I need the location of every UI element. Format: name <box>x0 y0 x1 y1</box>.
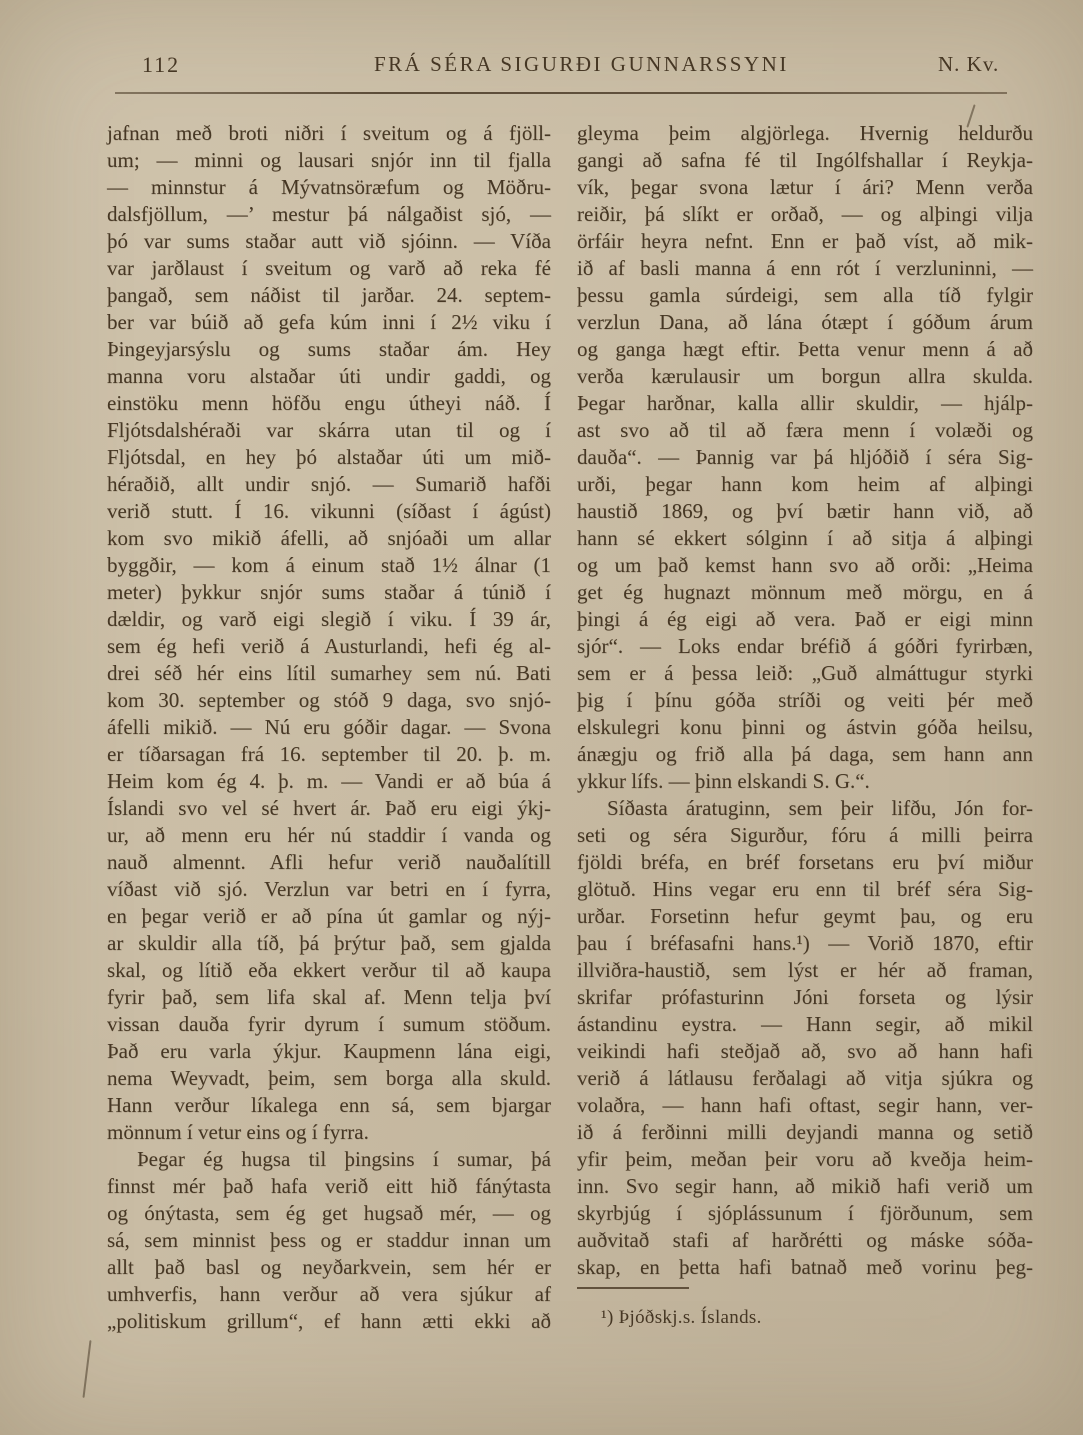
text-line: fyrir það, sem lifa skal af. Menn telja … <box>107 984 551 1011</box>
header-annotation: N. Kv. <box>938 52 999 77</box>
text-line: reiðir, þá slíkt er orðað, — og alþingi … <box>577 201 1033 228</box>
right-text-column: gleyma þeim algjörlega. Hvernig heldurðu… <box>577 120 1033 1281</box>
text-line: Fljótsdalshéraði var skárra utan til og … <box>107 417 551 444</box>
text-line: Þegar harðnar, kalla allir skuldir, — hj… <box>577 390 1033 417</box>
text-line: Síðasta áratuginn, sem þeir lifðu, Jón f… <box>577 795 1033 822</box>
text-line: ykkur lífs. — þinn elskandi S. G.“. <box>577 768 1033 795</box>
text-line: ið á ferðinni milli deyjandi manna og se… <box>577 1119 1033 1146</box>
text-line: kom svo mikið áfelli, að snjóaði um alla… <box>107 525 551 552</box>
text-line: sem ég hefi verið á Austurlandi, hefi ég… <box>107 633 551 660</box>
text-line: veikindi hafi steðjað að, svo að hann ha… <box>577 1038 1033 1065</box>
header-rule <box>115 92 1007 94</box>
text-line: skyrbjúg í sjóplássunum í fjörðunum, sem <box>577 1200 1033 1227</box>
footnote-rule <box>577 1287 689 1289</box>
footnote-text: ¹) Þjóðskj.s. Íslands. <box>577 1307 1033 1329</box>
text-line: einstöku menn höfðu engu útheyi náð. Í <box>107 390 551 417</box>
text-line: Hann verður líkalega enn sá, sem bjargar <box>107 1092 551 1119</box>
text-line: vissan dauða fyrir dyrum í sumum stöðum. <box>107 1011 551 1038</box>
text-line: ar skuldir alla tíð, þá þrýtur það, sem … <box>107 930 551 957</box>
text-line: skrifar prófasturinn Jóni forseta og lýs… <box>577 984 1033 1011</box>
text-line: gleyma þeim algjörlega. Hvernig heldurðu <box>577 120 1033 147</box>
text-line: skap, en þetta hafi batnað með vorinu þe… <box>577 1254 1033 1281</box>
text-line: Þegar ég hugsa til þingsins í sumar, þá <box>107 1146 551 1173</box>
text-line: verið stutt. Í 16. vikunni (síðast í ágú… <box>107 498 551 525</box>
text-line: glötuð. Hins vegar eru enn til bréf séra… <box>577 876 1033 903</box>
text-line: yfir þeim, meðan þeir voru að kveðja hei… <box>577 1146 1033 1173</box>
text-line: verzlun Dana, að lána ótæpt í góðum árum <box>577 309 1033 336</box>
text-line: volaðra, — hann hafi oftast, segir hann,… <box>577 1092 1033 1119</box>
text-line: seti og séra Sigurður, fóru á milli þeir… <box>577 822 1033 849</box>
text-line: verið á látlausu ferðalagi að vitja sjúk… <box>577 1065 1033 1092</box>
book-page: 112 FRÁ SÉRA SIGURÐI GUNNARSSYNI N. Kv. … <box>0 0 1083 1435</box>
text-line: ástandinu eystra. — Hann segir, að mikil <box>577 1011 1033 1038</box>
text-line: en þegar verið er að pína út gamlar og n… <box>107 903 551 930</box>
text-line: haustið 1869, og því bætir hann við, að <box>577 498 1033 525</box>
text-line: þingi á ég eigi að vera. Það er eigi min… <box>577 606 1033 633</box>
text-line: sá, sem minnist þess og er staddur innan… <box>107 1227 551 1254</box>
text-line: hann sé ekkert sólginn í að sitja á alþi… <box>577 525 1033 552</box>
text-line: manna voru alstaðar úti undir gaddi, og <box>107 363 551 390</box>
text-line: Fljótsdal, en hey þó alstaðar úti um mið… <box>107 444 551 471</box>
text-line: sjór“. — Loks endar bréfið á góðri fyrir… <box>577 633 1033 660</box>
text-line: nauð almennt. Afli hefur verið nauðalíti… <box>107 849 551 876</box>
text-line: elskulegri konu þinni og ástvin góða hei… <box>577 714 1033 741</box>
text-line: — minnstur á Mývatnsöræfum og Möðru- <box>107 174 551 201</box>
scan-artifact-stroke <box>82 1340 91 1398</box>
text-line: dauða“. — Þannig var þá hljóðið í séra S… <box>577 444 1033 471</box>
text-line: gangi að safna fé til Ingólfshallar í Re… <box>577 147 1033 174</box>
text-line: og um það kemst hann svo að orði: „Heima <box>577 552 1033 579</box>
text-line: urðar. Forsetinn hefur geymt þau, og eru <box>577 903 1033 930</box>
text-line: Þingeyjarsýslu og sums staðar ám. Hey <box>107 336 551 363</box>
text-line: sem er á þessa leið: „Guð almáttugur sty… <box>577 660 1033 687</box>
text-line: urði, þegar hann kom heim af alþingi <box>577 471 1033 498</box>
text-line: fjöldi bréfa, en bréf forsetans eru því … <box>577 849 1033 876</box>
text-line: skal, og lítið eða ekkert verður til að … <box>107 957 551 984</box>
text-line: Það eru varla ýkjur. Kaupmenn lána eigi, <box>107 1038 551 1065</box>
text-line: drei séð hér eins lítil sumarhey sem nú.… <box>107 660 551 687</box>
text-line: kom 30. september og stóð 9 daga, svo sn… <box>107 687 551 714</box>
text-line: dalsfjöllum, —’ mestur þá nálgaðist sjó,… <box>107 201 551 228</box>
text-line: ánægju og frið alla þá daga, sem hann an… <box>577 741 1033 768</box>
text-line: auðvitað stafi af harðrétti og máske sóð… <box>577 1227 1033 1254</box>
text-line: ber var búið að gefa kúm inni í 2½ viku … <box>107 309 551 336</box>
text-line: illviðra-haustið, sem lýst er hér að fra… <box>577 957 1033 984</box>
text-line: og ganga hægt eftir. Þetta venur menn á … <box>577 336 1033 363</box>
text-line: um; — minni og lausari snjór inn til fja… <box>107 147 551 174</box>
footnote-block: ¹) Þjóðskj.s. Íslands. <box>577 1287 1033 1329</box>
text-line: þau í bréfasafni hans.¹) — Vorið 1870, e… <box>577 930 1033 957</box>
text-line: mönnum í vetur eins og í fyrra. <box>107 1119 551 1146</box>
text-line: get ég hugnazt mönnum með mörgu, en á <box>577 579 1033 606</box>
text-line: þig í þínu góða stríði og veiti þér með <box>577 687 1033 714</box>
text-line: „politiskum grillum“, ef hann ætti ekki … <box>107 1308 551 1335</box>
text-line: örfáir heyra nefnt. Enn er það víst, að … <box>577 228 1033 255</box>
text-line: héraðið, allt undir snjó. — Sumarið hafð… <box>107 471 551 498</box>
text-line: og ónýtasta, sem ég get hugsað mér, — og <box>107 1200 551 1227</box>
text-line: þangað, sem náðist til jarðar. 24. septe… <box>107 282 551 309</box>
text-line: þessu gamla súrdeigi, sem alla tíð fylgi… <box>577 282 1033 309</box>
text-line: finnst mér það hafa verið eitt hið fánýt… <box>107 1173 551 1200</box>
text-line: ur, að menn eru hér nú staddir í vanda o… <box>107 822 551 849</box>
text-line: víðast við sjó. Verzlun var betri en í f… <box>107 876 551 903</box>
text-line: meter) þykkur snjór sums staðar á túnið … <box>107 579 551 606</box>
text-line: er tíðarsagan frá 16. september til 20. … <box>107 741 551 768</box>
text-line: þó var sums staðar autt við sjóinn. — Ví… <box>107 228 551 255</box>
text-line: Heim kom ég 4. þ. m. — Vandi er að búa á <box>107 768 551 795</box>
text-line: áfelli mikið. — Nú eru góðir dagar. — Sv… <box>107 714 551 741</box>
text-line: byggðir, — kom á einum stað 1½ álnar (1 <box>107 552 551 579</box>
text-line: allt það basl og neyðarkvein, sem hér er <box>107 1254 551 1281</box>
text-line: umhverfis, hann verður að vera sjúkur af <box>107 1281 551 1308</box>
left-text-column: jafnan með broti niðri í sveitum og á fj… <box>107 120 551 1335</box>
text-line: Íslandi svo vel sé hvert ár. Það eru eig… <box>107 795 551 822</box>
running-title: FRÁ SÉRA SIGURÐI GUNNARSSYNI <box>374 52 789 77</box>
text-line: vík, þegar svona lætur í ári? Menn verða <box>577 174 1033 201</box>
text-line: inn. Svo segir hann, að mikið hafi verið… <box>577 1173 1033 1200</box>
text-line: ið af basli manna á enn rót í verzluninn… <box>577 255 1033 282</box>
text-line: dældir, og varð eigi slegið í viku. Í 39… <box>107 606 551 633</box>
text-line: var jarðlaust í sveitum og varð að reka … <box>107 255 551 282</box>
page-number: 112 <box>142 52 180 78</box>
text-line: nema Weyvadt, þeim, sem borga alla skuld… <box>107 1065 551 1092</box>
text-line: jafnan með broti niðri í sveitum og á fj… <box>107 120 551 147</box>
text-line: ast svo að til að færa menn í volæði og <box>577 417 1033 444</box>
text-line: verða kærulausir um borgun allra skulda. <box>577 363 1033 390</box>
